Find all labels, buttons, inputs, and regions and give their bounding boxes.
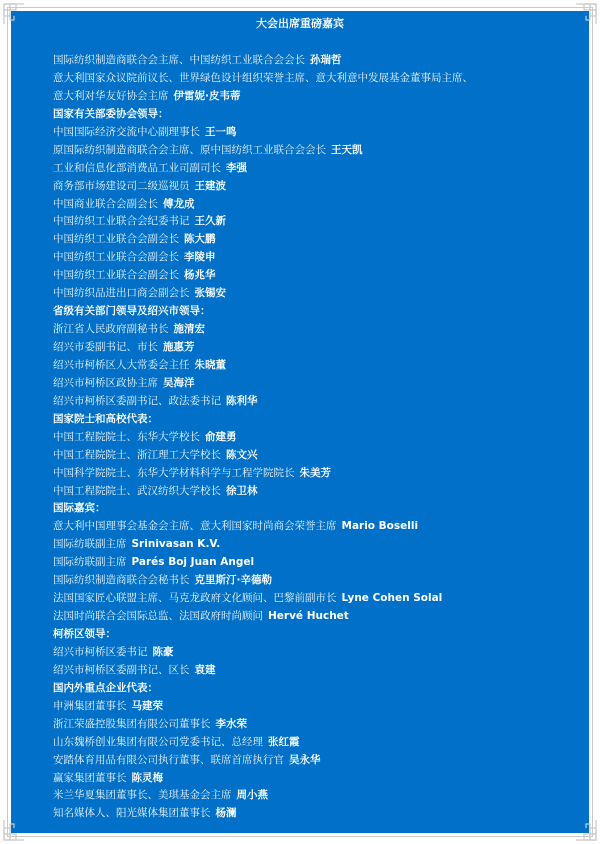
guest-name: 王建波 — [195, 180, 227, 192]
guest-role: 中国纺织品进出口商会副会长 — [53, 287, 190, 299]
guest-entry: 中国工程院院士、武汉纺织大学校长徐卫林 — [53, 483, 573, 501]
guest-entry: 商务部市场建设司二级巡视员王建波 — [53, 178, 573, 196]
guest-entry: 申洲集团董事长马建荣 — [53, 698, 573, 716]
guest-entry: 绍兴市柯桥区委书记陈豪 — [53, 644, 573, 662]
guest-entry: 意大利国家众议院前议长、世界绿色设计组织荣誉主席、意大利意中发展基金董事局主席、 — [53, 70, 573, 88]
guest-entry: 国际纺织制造商联合会主席、中国纺织工业联合会会长孙瑞哲 — [53, 52, 573, 70]
guest-role: 中国商业联合会副会长 — [53, 198, 158, 210]
guest-entry: 国际纺联副主席Srinivasan K.V. — [53, 536, 573, 554]
section-heading: 省级有关部门领导及绍兴市领导： — [53, 303, 573, 321]
guest-role: 国际纺联副主席 — [53, 556, 127, 568]
guest-name: 陈大鹏 — [184, 233, 216, 245]
guest-entry: 米兰华夏集团董事长、美琪基金会主席周小燕 — [53, 787, 573, 805]
section-heading: 柯桥区领导： — [53, 626, 573, 644]
guest-name: Lyne Cohen Solal — [342, 592, 443, 604]
guest-entry: 法国国家匠心联盟主席、马克龙政府文化顾问、巴黎前副市长Lyne Cohen So… — [53, 590, 573, 608]
section-heading: 国家院士和高校代表： — [53, 411, 573, 429]
guest-entry: 安踏体育用品有限公司执行董事、联席首席执行官吴永华 — [53, 752, 573, 770]
guest-role: 中国科学院院士、东华大学材料科学与工程学院院长 — [53, 467, 295, 479]
guest-role: 绍兴市柯桥区委副书记、区长 — [53, 664, 190, 676]
section-heading: 国家有关部委协会领导： — [53, 106, 573, 124]
guest-entry: 中国纺织工业联合会纪委书记王久新 — [53, 213, 573, 231]
guest-role: 绍兴市柯桥区人大常委会主任 — [53, 359, 190, 371]
guest-role: 中国纺织工业联合会纪委书记 — [53, 215, 190, 227]
guest-name: 傅龙成 — [163, 198, 195, 210]
guest-role: 米兰华夏集团董事长、美琪基金会主席 — [53, 789, 232, 801]
guest-name: 孙瑞哲 — [310, 54, 342, 66]
guest-role: 中国工程院院士、浙江理工大学校长 — [53, 449, 221, 461]
guest-role: 国际纺联副主席 — [53, 538, 127, 550]
guest-name: 张红霞 — [268, 736, 300, 748]
guest-name: 王天凯 — [331, 144, 363, 156]
guest-role: 中国国际经济交流中心副理事长 — [53, 126, 200, 138]
guest-entry: 中国工程院院士、东华大学校长俞建勇 — [53, 429, 573, 447]
guest-name: 张锡安 — [195, 287, 227, 299]
guest-role: 法国国家匠心联盟主席、马克龙政府文化顾问、巴黎前副市长 — [53, 592, 337, 604]
guest-name: 吴海洋 — [163, 377, 195, 389]
guest-role: 中国纺织工业联合会副会长 — [53, 269, 179, 281]
guest-role: 安踏体育用品有限公司执行董事、联席首席执行官 — [53, 754, 284, 766]
guest-name: 陈利华 — [226, 395, 258, 407]
guest-name: Mario Boselli — [342, 520, 419, 532]
guest-name: 王一鸣 — [205, 126, 237, 138]
guest-entry: 绍兴市委副书记、市长施惠芳 — [53, 339, 573, 357]
guest-entry: 浙江省人民政府副秘书长施清宏 — [53, 321, 573, 339]
guest-entry: 中国商业联合会副会长傅龙成 — [53, 196, 573, 214]
guest-role: 商务部市场建设司二级巡视员 — [53, 180, 190, 192]
guest-name: 李水荣 — [216, 718, 248, 730]
guest-role: 国际纺织制造商联合会秘书长 — [53, 574, 190, 586]
guest-role: 绍兴市委副书记、市长 — [53, 341, 158, 353]
guest-entry: 工业和信息化部消费品工业司副司长李强 — [53, 160, 573, 178]
guest-entry: 中国国际经济交流中心副理事长王一鸣 — [53, 124, 573, 142]
guest-entry: 中国科学院院士、东华大学材料科学与工程学院院长朱美芳 — [53, 465, 573, 483]
guest-entry: 浙江荣盛控股集团有限公司董事长李水荣 — [53, 716, 573, 734]
guest-name: 马建荣 — [132, 700, 164, 712]
guest-entry: 绍兴市柯桥区委副书记、政法委书记陈利华 — [53, 393, 573, 411]
guest-role: 中国纺织工业联合会副会长 — [53, 233, 179, 245]
guest-entry: 中国工程院院士、浙江理工大学校长陈文兴 — [53, 447, 573, 465]
guest-entry: 知名媒体人、阳光媒体集团董事长杨澜 — [53, 805, 573, 823]
guest-role: 绍兴市柯桥区委书记 — [53, 646, 148, 658]
guest-name: 施清宏 — [174, 323, 206, 335]
guest-role: 原国际纺织制造商联合会主席、原中国纺织工业联合会会长 — [53, 144, 326, 156]
guest-role: 山东魏桥创业集团有限公司党委书记、总经理 — [53, 736, 263, 748]
guest-name: 朱晓董 — [195, 359, 227, 371]
guest-name: 陈豪 — [153, 646, 174, 658]
page-title: 大会出席重磅嘉宾 — [0, 16, 600, 32]
guest-name: Srinivasan K.V. — [132, 538, 221, 550]
guest-role: 浙江省人民政府副秘书长 — [53, 323, 169, 335]
guest-name: 李强 — [226, 162, 247, 174]
guest-entry: 绍兴市柯桥区政协主席吴海洋 — [53, 375, 573, 393]
guest-role: 中国工程院院士、武汉纺织大学校长 — [53, 485, 221, 497]
guest-name: 陈文兴 — [226, 449, 258, 461]
guest-name: 陈灵梅 — [132, 772, 164, 784]
guest-name: 杨澜 — [216, 807, 237, 819]
guest-role: 知名媒体人、阳光媒体集团董事长 — [53, 807, 211, 819]
guest-name: 施惠芳 — [163, 341, 195, 353]
guest-entry: 中国纺织工业联合会副会长陈大鹏 — [53, 231, 573, 249]
guest-role: 法国时尚联合会国际总监、法国政府时尚顾问 — [53, 610, 263, 622]
guest-entry: 国际纺联副主席Parés Boj Juan Angel — [53, 554, 573, 572]
guest-name: 伊雷妮·皮韦蒂 — [174, 90, 241, 102]
guest-role: 国际纺织制造商联合会主席、中国纺织工业联合会会长 — [53, 54, 305, 66]
guest-entry: 山东魏桥创业集团有限公司党委书记、总经理张红霞 — [53, 734, 573, 752]
guest-role: 中国工程院院士、东华大学校长 — [53, 431, 200, 443]
corner-ornament-icon — [3, 819, 25, 841]
guest-list: 国际纺织制造商联合会主席、中国纺织工业联合会会长孙瑞哲意大利国家众议院前议长、世… — [53, 52, 573, 823]
guest-entry: 绍兴市柯桥区人大常委会主任朱晓董 — [53, 357, 573, 375]
guest-name: 朱美芳 — [300, 467, 332, 479]
guest-name: 徐卫林 — [226, 485, 258, 497]
guest-name: 杨兆华 — [184, 269, 216, 281]
guest-entry: 中国纺织工业联合会副会长杨兆华 — [53, 267, 573, 285]
guest-role: 申洲集团董事长 — [53, 700, 127, 712]
guest-role: 意大利中国理事会基金会主席、意大利国家时尚商会荣誉主席 — [53, 520, 337, 532]
guest-entry: 中国纺织工业联合会副会长李陵申 — [53, 249, 573, 267]
guest-name: 李陵申 — [184, 251, 216, 263]
guest-entry: 国际纺织制造商联合会秘书长克里斯汀·辛德勒 — [53, 572, 573, 590]
corner-ornament-icon — [575, 819, 597, 841]
guest-name: Parés Boj Juan Angel — [132, 556, 255, 568]
guest-entry: 中国纺织品进出口商会副会长张锡安 — [53, 285, 573, 303]
guest-name: 周小燕 — [237, 789, 269, 801]
guest-name: 袁建 — [195, 664, 216, 676]
section-heading: 国际嘉宾： — [53, 500, 573, 518]
guest-name: 克里斯汀·辛德勒 — [195, 574, 273, 586]
guest-entry: 赢家集团董事长陈灵梅 — [53, 770, 573, 788]
guest-entry: 意大利中国理事会基金会主席、意大利国家时尚商会荣誉主席Mario Boselli — [53, 518, 573, 536]
guest-role: 意大利国家众议院前议长、世界绿色设计组织荣誉主席、意大利意中发展基金董事局主席、 — [53, 72, 473, 84]
guest-name: 王久新 — [195, 215, 227, 227]
guest-entry: 法国时尚联合会国际总监、法国政府时尚顾问Hervé Huchet — [53, 608, 573, 626]
guest-name: 俞建勇 — [205, 431, 237, 443]
guest-role: 赢家集团董事长 — [53, 772, 127, 784]
guest-role: 浙江荣盛控股集团有限公司董事长 — [53, 718, 211, 730]
guest-role: 意大利对华友好协会主席 — [53, 90, 169, 102]
guest-role: 中国纺织工业联合会副会长 — [53, 251, 179, 263]
guest-entry: 原国际纺织制造商联合会主席、原中国纺织工业联合会会长王天凯 — [53, 142, 573, 160]
guest-role: 绍兴市柯桥区政协主席 — [53, 377, 158, 389]
guest-name: Hervé Huchet — [268, 610, 349, 622]
guest-name: 吴永华 — [289, 754, 321, 766]
guest-entry: 绍兴市柯桥区委副书记、区长袁建 — [53, 662, 573, 680]
guest-role: 绍兴市柯桥区委副书记、政法委书记 — [53, 395, 221, 407]
guest-role: 工业和信息化部消费品工业司副司长 — [53, 162, 221, 174]
section-heading: 国内外重点企业代表： — [53, 680, 573, 698]
guest-entry: 意大利对华友好协会主席伊雷妮·皮韦蒂 — [53, 88, 573, 106]
